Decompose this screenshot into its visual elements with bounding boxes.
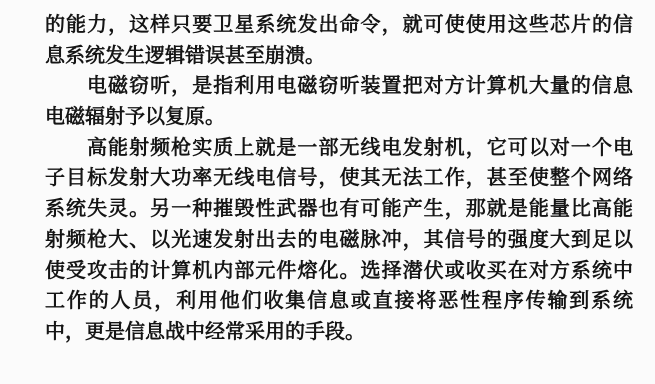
paragraph: 电磁窃听，是指利用电磁窃听装置把对方计算机大量的信息 电磁辐射予以复原。 [45, 71, 633, 132]
body-text: 的能力，这样只要卫星系统发出命令，就可使使用这些芯片的信 息系统发生逻辑错误甚至… [45, 10, 633, 348]
text-line: 射频枪大、以光速发射出去的电磁脉冲，其信号的强度大到足以 [45, 225, 633, 256]
text-line: 的能力，这样只要卫星系统发出命令，就可使使用这些芯片的信 [45, 10, 633, 41]
scanned-document-page: 的能力，这样只要卫星系统发出命令，就可使使用这些芯片的信 息系统发生逻辑错误甚至… [0, 0, 655, 384]
paragraph: 高能射频枪实质上就是一部无线电发射机，它可以对一个电 子目标发射大功率无线电信号… [45, 133, 633, 348]
text-line: 工作的人员，利用他们收集信息或直接将恶性程序传输到系统 [45, 286, 633, 317]
text-line: 中，更是信息战中经常采用的手段。 [45, 317, 633, 348]
text-line: 电磁辐射予以复原。 [45, 102, 633, 133]
text-line: 使受攻击的计算机内部元件熔化。选择潜伏或收买在对方系统中 [45, 256, 633, 287]
paragraph: 的能力，这样只要卫星系统发出命令，就可使使用这些芯片的信 息系统发生逻辑错误甚至… [45, 10, 633, 71]
text-line: 高能射频枪实质上就是一部无线电发射机，它可以对一个电 [45, 133, 633, 164]
text-line: 系统失灵。另一种摧毁性武器也有可能产生，那就是能量比高能 [45, 194, 633, 225]
text-line: 子目标发射大功率无线电信号，使其无法工作，甚至使整个网络 [45, 163, 633, 194]
text-line: 息系统发生逻辑错误甚至崩溃。 [45, 41, 633, 72]
text-line: 电磁窃听，是指利用电磁窃听装置把对方计算机大量的信息 [45, 71, 633, 102]
